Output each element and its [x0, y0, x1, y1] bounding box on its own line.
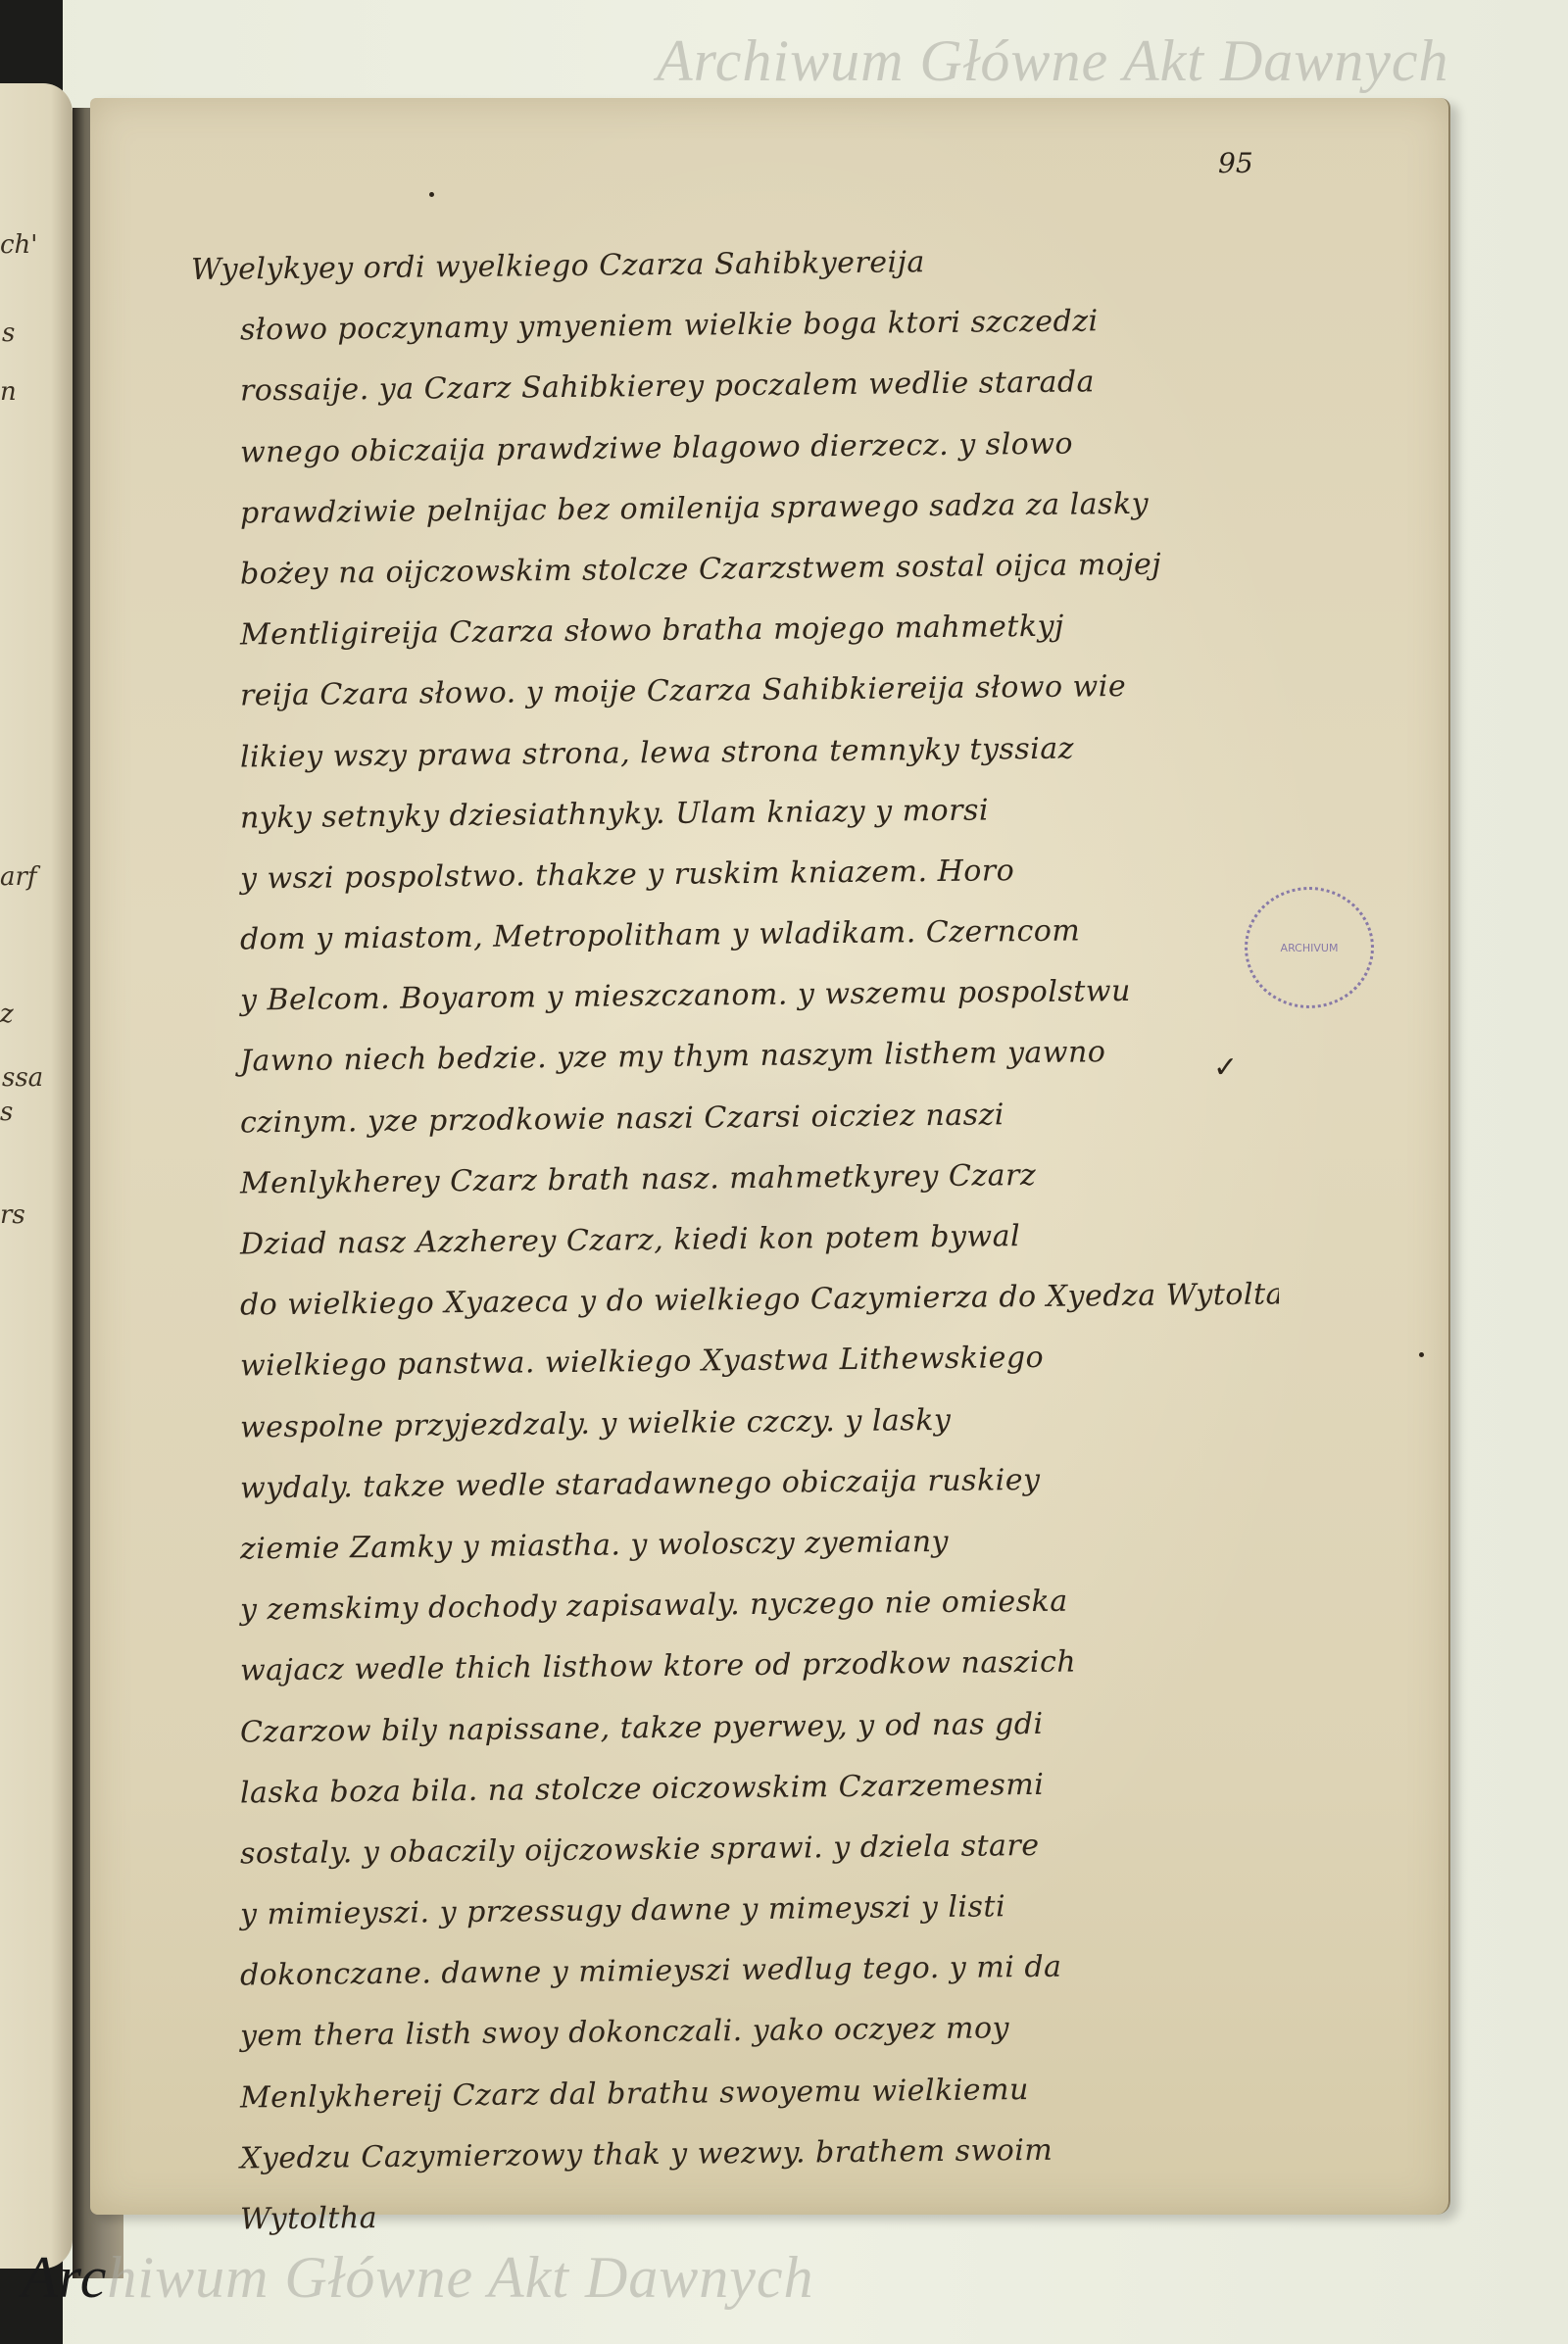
manuscript-line: ziemie Zamky y miastha. y wolosczy zyemi… [191, 1508, 1280, 1581]
ink-mark [1419, 1352, 1424, 1357]
manuscript-line: rossaije. ya Czarz Sahibkierey poczalem … [191, 351, 1280, 423]
manuscript-line: wajacz wedle thich listhow ktore od przo… [191, 1631, 1280, 1703]
manuscript-line: Menlykherey Czarz brath nasz. mahmetkyre… [191, 1143, 1280, 1215]
watermark-dark-part: Arc [22, 2245, 107, 2310]
manuscript-line: laska boza bila. na stolcze oiczowskim C… [191, 1752, 1280, 1825]
manuscript-line: czinym. yze przodkowie naszi Czarsi oicz… [191, 1082, 1280, 1154]
archive-stamp: ARCHIVUM [1245, 887, 1374, 1008]
manuscript-line: Xyedzu Cazymierzowy thak y wezwy. brathe… [191, 2118, 1280, 2190]
left-page-fragment: ch' [0, 230, 37, 260]
left-facing-page [0, 83, 73, 2269]
manuscript-line: Czarzow bily napissane, takze pyerwey, y… [191, 1691, 1280, 1764]
manuscript-line: yem thera listh swoy dokonczali. yako oc… [191, 1996, 1280, 2069]
left-page-fragment: s [0, 1098, 13, 1127]
left-page-fragment: s [2, 318, 15, 348]
manuscript-line: likiey wszy prawa strona, lewa strona te… [191, 716, 1280, 789]
archive-watermark-bottom: Archiwum Główne Akt Dawnych [22, 2244, 814, 2312]
check-mark-icon: ✓ [1213, 1050, 1238, 1085]
left-page-fragment: n [0, 377, 17, 407]
manuscript-line: Wytoltha [191, 2178, 1280, 2251]
manuscript-line: y wszi pospolstwo. thakze y ruskim kniaz… [191, 838, 1280, 910]
manuscript-line: wielkiego panstwa. wielkiego Xyastwa Lit… [191, 1326, 1280, 1398]
ink-dot [429, 192, 434, 197]
stamp-text: ARCHIVUM [1281, 942, 1339, 954]
manuscript-line: wnego obiczaija prawdziwe blagowo dierze… [191, 412, 1280, 484]
manuscript-line: Jawno niech bedzie. yze my thym naszym l… [191, 1021, 1280, 1094]
manuscript-line: wespolne przyjezdzaly. y wielkie czczy. … [191, 1387, 1280, 1459]
left-page-fragment: z [0, 1000, 14, 1029]
manuscript-text: Wyelykyey ordi wyelkiego Czarza Sahibkye… [191, 240, 1279, 2251]
archive-watermark-top: Archiwum Główne Akt Dawnych [657, 27, 1449, 95]
left-page-fragment: rs [0, 1200, 25, 1230]
manuscript-line: Menlykhereij Czarz dal brathu swoyemu wi… [191, 2057, 1280, 2129]
manuscript-line: wydaly. takze wedle staradawnego obiczai… [191, 1447, 1280, 1520]
left-page-fragment: ssa [2, 1063, 43, 1093]
watermark-light-part: hiwum Główne Akt Dawnych [107, 2245, 813, 2310]
manuscript-line: prawdziwie pelnijac bez omilenija sprawe… [191, 472, 1280, 545]
left-page-fragment: arf [0, 862, 37, 892]
manuscript-line: nyky setnyky dziesiathnyky. Ulam kniazy … [191, 777, 1280, 850]
manuscript-line: reija Czara słowo. y moije Czarza Sahibk… [191, 656, 1280, 728]
folio-number: 95 [1218, 147, 1253, 179]
manuscript-line: sostaly. y obaczily oijczowskie sprawi. … [191, 1813, 1280, 1885]
manuscript-line: bożey na oijczowskim stolcze Czarzstwem … [191, 533, 1280, 606]
